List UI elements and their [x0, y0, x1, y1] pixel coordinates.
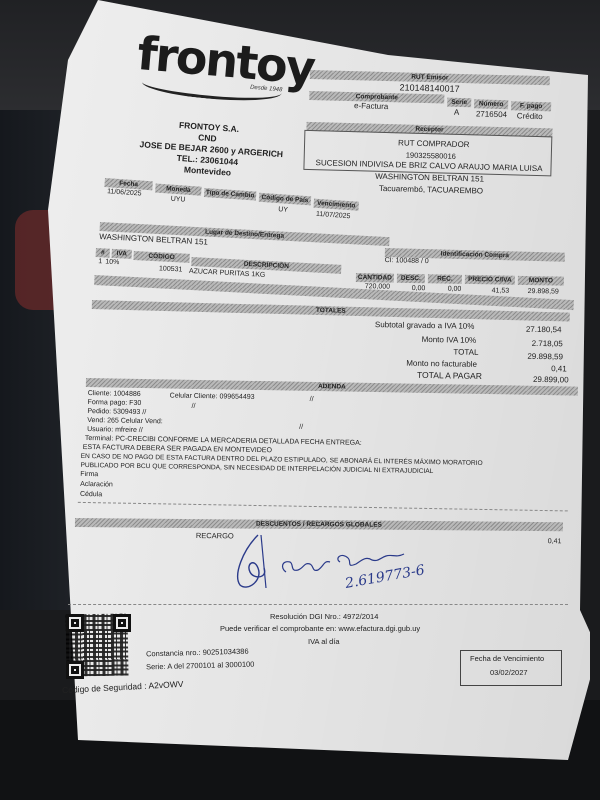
rut-emisor-value: 210148140017 — [399, 82, 459, 94]
col-cantidad-header: CANTIDAD — [356, 273, 394, 283]
col-codigo-header: CÓDIGO — [133, 251, 189, 263]
row-cantidad: 720,000 — [365, 283, 390, 290]
total-line-value: 0,41 — [551, 364, 567, 373]
adenda-sep: // — [310, 396, 314, 403]
fecha-value: 11/06/2025 — [107, 188, 142, 197]
footer-iva: IVA al día — [308, 637, 340, 646]
total-line-value: 27.180,54 — [526, 325, 562, 335]
qr-finder-icon — [113, 614, 131, 632]
row-descripcion: AZUCAR PURITAS 1KG — [189, 268, 266, 279]
col-monto-header: MONTO — [518, 276, 564, 286]
adenda-cedula-label: Cédula — [80, 491, 102, 498]
signature-icon: 2.619773-6 — [228, 530, 428, 595]
footer-serie-range: Serie: A del 2700101 al 3000100 — [146, 660, 255, 672]
col-rec-header: REC. — [428, 274, 462, 284]
adenda-vend: Vend: 265 Celular Vend: — [87, 417, 163, 425]
adenda-celular-cliente: Celular Cliente: 099654493 — [170, 392, 255, 400]
row-monto: 29.898,59 — [528, 288, 559, 296]
due-date-label: Fecha de Vencimiento — [470, 654, 544, 663]
due-date-value: 03/02/2027 — [490, 668, 528, 677]
total-line-label: Monto no facturable — [406, 359, 477, 369]
total-a-pagar-label: TOTAL A PAGAR — [417, 370, 482, 381]
row-num: 1 — [98, 258, 102, 265]
qr-finder-icon — [66, 661, 84, 679]
row-iva: 10% — [105, 259, 119, 267]
total-line-label: TOTAL — [453, 347, 478, 356]
receptor-address: WASHINGTON BELTRAN 151 — [375, 172, 484, 184]
codigo-pais-value: UY — [278, 206, 288, 214]
numero-value: 2716504 — [476, 109, 507, 119]
row-codigo: 100531 — [159, 265, 183, 273]
qr-finder-icon — [66, 614, 84, 632]
footer-divider — [68, 604, 568, 605]
issuer-city: Montevideo — [184, 164, 232, 177]
adenda-divider — [78, 502, 568, 512]
row-desc: 0,00 — [412, 285, 426, 292]
row-rec: 0,00 — [448, 286, 462, 293]
adenda-aclaracion-label: Aclaración — [80, 481, 113, 489]
serie-value: A — [454, 108, 460, 117]
f-pago-value: Crédito — [517, 111, 543, 121]
vencimiento-label: Vencimiento — [313, 199, 359, 211]
adenda-sep: // — [191, 403, 195, 410]
adenda-title: ADENDA — [86, 378, 578, 396]
footer-verify-link[interactable]: Puede verificar el comprobante en: www.e… — [220, 624, 420, 633]
footer-security-code: Código de Seguridad : A2vOWV — [62, 679, 184, 695]
adenda-sep: // — [299, 424, 303, 431]
footer-constancia: Constancia nro.: 90251034386 — [146, 647, 249, 659]
col-desc-header: DESC. — [397, 274, 425, 283]
total-line-value: 2.718,05 — [532, 339, 563, 349]
adenda-forma-pago: Forma pago: F30 — [88, 399, 142, 407]
comprobante-value: e-Factura — [354, 101, 388, 111]
moneda-value: UYU — [170, 196, 185, 204]
adenda-pedido: Pedido: 5309493 // — [87, 408, 146, 416]
total-line-value: 29.898,59 — [527, 352, 563, 362]
total-a-pagar-value: 29.899,00 — [533, 375, 569, 385]
total-line-label: Monto IVA 10% — [422, 335, 477, 345]
col-precio-header: PRECIO C/IVA — [465, 275, 515, 285]
receptor-city: Tacuarembó, TACUAREMBO — [379, 184, 483, 196]
vencimiento-value: 11/07/2025 — [316, 211, 351, 220]
col-iva-header: IVA — [112, 249, 132, 259]
receptor-rut-label: RUT COMPRADOR — [398, 138, 470, 149]
serie-label: Serie — [447, 98, 471, 108]
recargo-value: 0,41 — [548, 538, 562, 545]
f-pago-label: F. pago — [511, 101, 551, 111]
total-line-label: Subtotal gravado a IVA 10% — [375, 320, 475, 331]
col-num-header: # — [96, 248, 110, 258]
numero-label: Número — [474, 99, 508, 109]
invoice-document: frontoy Desde 1948 FRONTOY S.A. CND JOSE… — [0, 0, 600, 800]
moneda-label: Moneda — [155, 184, 202, 196]
adenda-firma-label: Firma — [80, 471, 98, 478]
footer-resolucion: Resolución DGI Nro.: 4972/2014 — [270, 612, 378, 621]
adenda-cliente: Cliente: 1004886 — [88, 390, 141, 398]
issuer-company: FRONTOY S.A. — [179, 120, 240, 134]
adenda-usuario: Usuario: mfreire // — [87, 426, 143, 434]
id-compra-value: CI: 100488 / 0 — [385, 257, 429, 265]
receptor-rut-value: 190325580016 — [406, 151, 456, 161]
codigo-pais-label: Código de País — [259, 193, 312, 206]
signature-id: 2.619773-6 — [343, 562, 426, 592]
issuer-branch: CND — [198, 132, 217, 143]
tipo-cambio-label: Tipo de Cambio — [204, 188, 257, 201]
row-precio: 41,53 — [492, 287, 510, 294]
